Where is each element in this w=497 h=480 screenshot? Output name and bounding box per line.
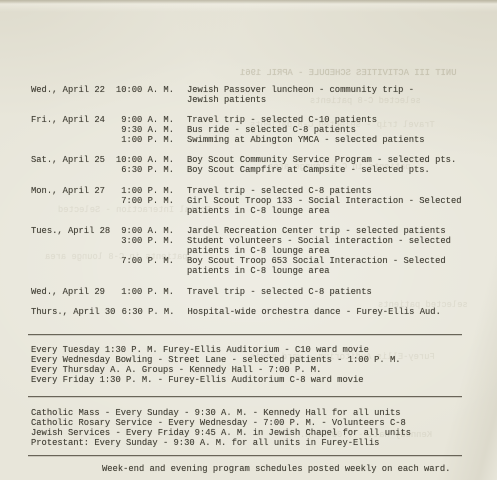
schedule-description: Boy Scout Campfire at Campsite - selecte… [187, 165, 430, 175]
schedule-time: 6:30 P. M. [115, 307, 174, 317]
bleedthrough-title: UNIT III ACTIVITIES SCHEDULE - APRIL 196… [240, 68, 456, 78]
schedule-time: 1:00 P. M. [115, 135, 174, 145]
schedule-entries: 9:00 A. M.Jardel Recreation Center trip … [115, 226, 451, 276]
schedule-time: 6:30 P. M. [115, 165, 174, 175]
schedule-description-line: Student volunteers - Social interaction … [187, 236, 451, 246]
schedule-description: Jewish Passover luncheon - community tri… [187, 85, 414, 105]
schedule-entry: 10:00 A. M.Boy Scout Community Service P… [115, 155, 456, 165]
schedule-entries: 9:00 A. M.Travel trip - selected C-10 pa… [115, 115, 425, 145]
schedule-description: Student volunteers - Social interaction … [187, 236, 451, 256]
schedule-row: Mon., April 271:00 P. M.Travel trip - se… [31, 186, 462, 216]
scanned-schedule-document: UNIT III ACTIVITIES SCHEDULE - APRIL 196… [0, 0, 497, 480]
schedule-description-line: Girl Scout Troop 133 - Social Interactio… [187, 196, 462, 206]
divider-rule-3 [28, 455, 462, 456]
schedule-date: Wed., April 29 [31, 287, 115, 297]
schedule-description-line: Travel trip - selected C-8 patients [187, 287, 372, 297]
schedule-entry: 1:00 P. M.Travel trip - selected C-8 pat… [115, 287, 372, 297]
schedule-date: Sat., April 25 [31, 155, 115, 165]
schedule-date: Tues., April 28 [31, 226, 115, 236]
schedule-description: Boy Scout Troop 653 Social Interaction -… [187, 256, 446, 276]
schedule-description-line: patients in C-8 lounge area [187, 206, 462, 216]
schedule-time: 7:00 P. M. [115, 196, 174, 206]
schedule-description-line: Travel trip - selected C-8 patients [187, 186, 372, 196]
schedule-row: Wed., April 2210:00 A. M.Jewish Passover… [31, 85, 414, 105]
schedule-entry: 9:00 A. M.Jardel Recreation Center trip … [115, 226, 451, 236]
weekly-program-line: Every Tuesday 1:30 P. M. Furey-Ellis Aud… [31, 345, 401, 355]
weekly-program-line: Every Thursday A. A. Groups - Kennedy Ha… [31, 365, 401, 375]
schedule-description-line: Swimming at Abington YMCA - selected pat… [187, 135, 425, 145]
schedule-description-line: Boy Scout Campfire at Campsite - selecte… [187, 165, 430, 175]
schedule-time: 9:30 A. M. [115, 125, 174, 135]
divider-rule-2 [28, 396, 462, 397]
schedule-row: Wed., April 291:00 P. M.Travel trip - se… [31, 287, 372, 297]
schedule-time: 9:00 A. M. [115, 115, 174, 125]
schedule-entry: 7:00 P. M.Boy Scout Troop 653 Social Int… [115, 256, 451, 276]
schedule-date: Mon., April 27 [31, 186, 115, 196]
schedule-description-line: patients in C-8 lounge area [187, 246, 451, 256]
schedule-description-line: Boy Scout Troop 653 Social Interaction -… [187, 256, 446, 266]
schedule-entries: 6:30 P. M.Hospital-wide orchestra dance … [115, 307, 440, 317]
schedule-time: 10:00 A. M. [115, 155, 174, 165]
religious-service-line: Catholic Rosary Service - Every Wednesda… [31, 418, 411, 428]
schedule-description-line: Hospital-wide orchestra dance - Furey-El… [187, 307, 440, 317]
schedule-time: 3:00 P. M. [115, 236, 174, 246]
schedule-description-line: Jardel Recreation Center trip - selected… [187, 226, 446, 236]
weekly-program-line: Every Wednesday Bowling - Street Lane - … [31, 355, 401, 365]
schedule-time: 9:00 A. M. [115, 226, 174, 236]
schedule-description-line: patients in C-8 lounge area [187, 266, 446, 276]
schedule-description: Bus ride - selected C-8 patients [187, 125, 356, 135]
religious-service-line: Jewish Services - Every Friday 9:45 A. M… [31, 428, 411, 438]
schedule-description-line: Travel trip - selected C-10 patients [187, 115, 377, 125]
schedule-entry: 7:00 P. M.Girl Scout Troop 133 - Social … [115, 196, 462, 216]
divider-rule-1 [28, 334, 462, 335]
schedule-time: 1:00 P. M. [115, 186, 174, 196]
schedule-description-line: Bus ride - selected C-8 patients [187, 125, 356, 135]
schedule-description: Boy Scout Community Service Program - se… [187, 155, 456, 165]
schedule-date: Thurs., April 30 [31, 307, 115, 317]
schedule-description: Hospital-wide orchestra dance - Furey-El… [187, 307, 440, 317]
schedule-entries: 1:00 P. M.Travel trip - selected C-8 pat… [115, 287, 372, 297]
schedule-entry: 10:00 A. M.Jewish Passover luncheon - co… [115, 85, 414, 105]
schedule-entries: 10:00 A. M.Boy Scout Community Service P… [115, 155, 456, 175]
religious-services-list: Catholic Mass - Every Sunday - 9:30 A. M… [31, 408, 411, 448]
schedule-entry: 1:00 P. M.Travel trip - selected C-8 pat… [115, 186, 462, 196]
schedule-row: Thurs., April 306:30 P. M.Hospital-wide … [31, 307, 441, 317]
schedule-entry: 9:30 A. M.Bus ride - selected C-8 patien… [115, 125, 425, 135]
schedule-entry: 6:30 P. M.Boy Scout Campfire at Campsite… [115, 165, 456, 175]
schedule-description: Travel trip - selected C-10 patients [187, 115, 377, 125]
schedule-date: Wed., April 22 [31, 85, 115, 95]
religious-service-line: Protestant: Every Sunday - 9:30 A. M. fo… [31, 438, 411, 448]
schedule-description-line: Boy Scout Community Service Program - se… [187, 155, 456, 165]
footer-note: Week-end and evening program schedules p… [102, 464, 450, 474]
religious-service-line: Catholic Mass - Every Sunday - 9:30 A. M… [31, 408, 411, 418]
schedule-entry: 3:00 P. M.Student volunteers - Social in… [115, 236, 451, 256]
schedule-entry: 1:00 P. M.Swimming at Abington YMCA - se… [115, 135, 425, 145]
schedule-description: Travel trip - selected C-8 patients [187, 287, 372, 297]
schedule-row: Fri., April 249:00 A. M.Travel trip - se… [31, 115, 425, 145]
schedule-date: Fri., April 24 [31, 115, 115, 125]
schedule-time: 1:00 P. M. [115, 287, 174, 297]
schedule-description: Jardel Recreation Center trip - selected… [187, 226, 446, 236]
weekly-programs-list: Every Tuesday 1:30 P. M. Furey-Ellis Aud… [31, 345, 401, 385]
schedule-entries: 10:00 A. M.Jewish Passover luncheon - co… [115, 85, 414, 105]
schedule-description-line: Jewish patients [187, 95, 414, 105]
schedule-description: Swimming at Abington YMCA - selected pat… [187, 135, 425, 145]
schedule-entries: 1:00 P. M.Travel trip - selected C-8 pat… [115, 186, 462, 216]
schedule-entry: 6:30 P. M.Hospital-wide orchestra dance … [115, 307, 440, 317]
schedule-description-line: Jewish Passover luncheon - community tri… [187, 85, 414, 95]
schedule-time: 7:00 P. M. [115, 256, 174, 266]
schedule-time: 10:00 A. M. [115, 85, 174, 95]
schedule-description: Girl Scout Troop 133 - Social Interactio… [187, 196, 462, 216]
schedule-description: Travel trip - selected C-8 patients [187, 186, 372, 196]
schedule-entry: 9:00 A. M.Travel trip - selected C-10 pa… [115, 115, 425, 125]
weekly-program-line: Every Friday 1:30 P. M. - Furey-Ellis Au… [31, 375, 401, 385]
schedule-row: Sat., April 2510:00 A. M.Boy Scout Commu… [31, 155, 456, 175]
schedule-row: Tues., April 289:00 A. M.Jardel Recreati… [31, 226, 451, 276]
